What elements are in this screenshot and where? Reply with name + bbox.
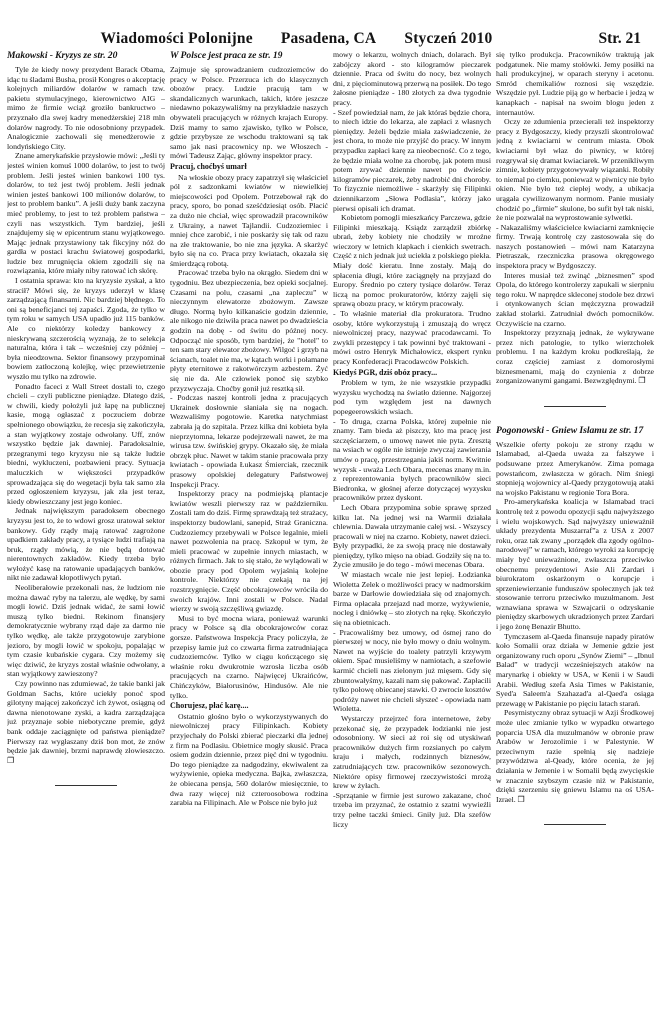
article-paragraph: Ostatnio głośno było o wykorzystywanych … bbox=[170, 712, 328, 808]
article-paragraph: - To właśnie materiał dla prokuratora. T… bbox=[333, 309, 491, 367]
article-paragraph: - Szef powiedział nam, że jak któraś będ… bbox=[333, 108, 491, 214]
newspaper-page: Wiadomości Polonijne Pasadena, CA Stycze… bbox=[0, 0, 663, 1024]
article-headline: Pogonowski - Gniew Islamu ze str. 17 bbox=[496, 425, 654, 437]
page-number: Str. 21 bbox=[599, 30, 642, 48]
publication-title: Wiadomości Polonijne bbox=[101, 30, 253, 47]
article-paragraph: Kobietom pomogli mieszkańcy Parczewa, gd… bbox=[333, 213, 491, 309]
masthead: Wiadomości Polonijne Pasadena, CA Stycze… bbox=[0, 30, 663, 52]
publication-location: Pasadena, CA bbox=[281, 30, 376, 47]
article-paragraph: Musi to być mocna wiara, ponieważ warunk… bbox=[170, 614, 328, 700]
column-4: się tylko produkcja. Pracowników traktuj… bbox=[496, 50, 654, 1018]
article-paragraph: Czy powinno nas zdumiewać, że takie bank… bbox=[7, 679, 165, 765]
section-divider bbox=[544, 824, 606, 825]
article-paragraph: Znane amerykańskie przysłowie mówi: „Jeś… bbox=[7, 151, 165, 276]
article-paragraph: Tymczasem al-Qaeda finansuje napady pira… bbox=[496, 632, 654, 709]
article-paragraph: Pro-amerykańska koalicja w Islamabad tra… bbox=[496, 497, 654, 631]
section-divider bbox=[55, 785, 117, 786]
article-paragraph: Interes musiał też zwinąć „biznesmen” sp… bbox=[496, 271, 654, 329]
article-paragraph: Neoliberałowie przekonali nas, że ludzio… bbox=[7, 583, 165, 679]
column-3: mowy o lekarzu, wolnych dniach, dolarach… bbox=[333, 50, 491, 1018]
article-paragraph: I ostatnia sprawa: kto na kryzysie zyska… bbox=[7, 276, 165, 382]
article-paragraph: - Podczas naszej kontroli jedna z pracuj… bbox=[170, 393, 328, 489]
article-subhead: Kiedyś PGR, dziś obóz pracy... bbox=[333, 368, 491, 378]
masthead-title-line: Wiadomości Polonijne Pasadena, CA Stycze… bbox=[0, 30, 593, 48]
column-1: Makowski - Kryzys ze str. 20Tyle że kied… bbox=[7, 50, 165, 1018]
article-paragraph: Wystarczy przejrzeć fora internetowe, że… bbox=[333, 714, 491, 791]
section-divider bbox=[544, 406, 606, 407]
article-paragraph: Pracować trzeba było na okrągło. Siedem … bbox=[170, 268, 328, 393]
article-headline: Makowski - Kryzys ze str. 20 bbox=[7, 50, 165, 62]
article-paragraph: -Sprzątanie w firmie jest surowo zakazan… bbox=[333, 791, 491, 829]
article-paragraph: Inspektorzy przyznają jednak, że wykrywa… bbox=[496, 328, 654, 386]
article-paragraph: Problem w tym, że nie wszystkie przypadk… bbox=[333, 378, 491, 416]
article-paragraph: - To druga, czarna Polska, której zupełn… bbox=[333, 417, 491, 503]
article-paragraph: - Pracowaliśmy bez umowy, od ósmej rano … bbox=[333, 628, 491, 714]
article-headline: W Polsce jest praca ze str. 19 bbox=[170, 50, 328, 62]
article-paragraph: Ponadto faceci z Wall Street dostali to,… bbox=[7, 382, 165, 507]
column-2: W Polsce jest praca ze str. 19Zajmuje si… bbox=[170, 50, 328, 1018]
article-paragraph: Inspektorzy pracy na podmiejską plantacj… bbox=[170, 489, 328, 614]
article-paragraph: Lech Obara przypomina sobie sprawę sprze… bbox=[333, 503, 491, 570]
article-paragraph: Pesymistyczny obraz sytuacji w Azji Środ… bbox=[496, 708, 654, 804]
article-columns: Makowski - Kryzys ze str. 20Tyle że kied… bbox=[7, 50, 657, 1018]
article-paragraph: Wszelkie oferty pokoju ze strony rządu w… bbox=[496, 440, 654, 498]
article-paragraph: Zajmuje się sprowadzaniem cudzoziemców d… bbox=[170, 65, 328, 161]
article-paragraph: mowy o lekarzu, wolnych dniach, dolarach… bbox=[333, 50, 491, 108]
publication-date: Styczeń 2010 bbox=[404, 30, 492, 47]
article-paragraph: Tyle że kiedy nowy prezydent Barack Obam… bbox=[7, 65, 165, 151]
article-subhead: Pracuj, choćbyś umarł bbox=[170, 162, 328, 172]
article-paragraph: Jednak największym paradoksem obecnego k… bbox=[7, 506, 165, 583]
article-paragraph: - Nakazaliśmy właścicielce kwiaciarni za… bbox=[496, 223, 654, 271]
article-paragraph: Na włoskie obozy pracy zapatrzył się wła… bbox=[170, 173, 328, 269]
article-subhead: Chorujesz, płać karę.... bbox=[170, 701, 328, 711]
article-paragraph: się tylko produkcja. Pracowników traktuj… bbox=[496, 50, 654, 117]
article-paragraph: W miastach wcale nie jest lepiej. Łodzia… bbox=[333, 570, 491, 628]
article-paragraph: Oczy ze zdumienia przecierali też inspek… bbox=[496, 117, 654, 223]
